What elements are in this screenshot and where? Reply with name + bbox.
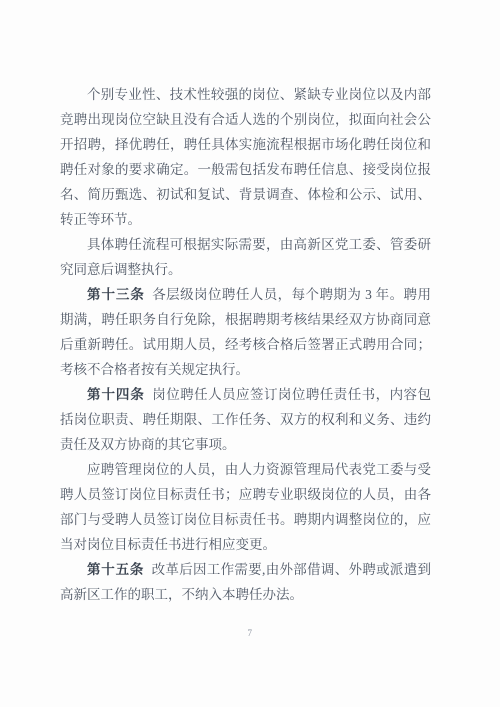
- paragraph: 应聘管理岗位的人员，由人力资源管理局代表党工委与受 聘人员签订岗位目标责任书；应…: [60, 457, 431, 557]
- document-body: 个别专业性、技术性较强的岗位、紧缺专业岗位以及内部 竞聘出现岗位空缺且没有合适人…: [60, 82, 431, 607]
- article-number: 第十四条: [87, 387, 145, 402]
- text-line: 究同意后调整执行。: [60, 257, 431, 282]
- text-line: 责任及双方协商的其它事项。: [60, 432, 431, 457]
- text-line: 高新区工作的职工，不纳入本聘任办法。: [60, 582, 431, 607]
- text-line: 名、简历甄选、初试和复试、背景调查、体检和公示、试用、: [60, 182, 431, 207]
- page-number: 7: [0, 628, 500, 638]
- text-line: 转正等环节。: [60, 207, 431, 232]
- text-line: 第十四条岗位聘任人员应签订岗位聘任责任书，内容包: [60, 382, 431, 407]
- text-line: 开招聘，择优聘任，聘任具体实施流程根据市场化聘任岗位和: [60, 132, 431, 157]
- paragraph-article-15: 第十五条改革后因工作需要,由外部借调、外聘或派遣到 高新区工作的职工，不纳入本聘…: [60, 557, 431, 607]
- paragraph: 个别专业性、技术性较强的岗位、紧缺专业岗位以及内部 竞聘出现岗位空缺且没有合适人…: [60, 82, 431, 232]
- text-line: 个别专业性、技术性较强的岗位、紧缺专业岗位以及内部: [60, 82, 431, 107]
- text-line: 括岗位职责、聘任期限、工作任务、双方的权利和义务、违约: [60, 407, 431, 432]
- article-number: 第十三条: [87, 287, 145, 302]
- text-line: 聘人员签订岗位目标责任书；应聘专业职级岗位的人员，由各: [60, 482, 431, 507]
- paragraph: 具体聘任流程可根据实际需要，由高新区党工委、管委研 究同意后调整执行。: [60, 232, 431, 282]
- article-text: 各层级岗位聘任人员，每个聘期为 3 年。聘用: [152, 287, 431, 302]
- document-page: 个别专业性、技术性较强的岗位、紧缺专业岗位以及内部 竞聘出现岗位空缺且没有合适人…: [0, 0, 500, 707]
- text-line: 期满，聘任职务自行免除，根据聘期考核结果经双方协商同意: [60, 307, 431, 332]
- paragraph-article-13: 第十三条各层级岗位聘任人员，每个聘期为 3 年。聘用 期满，聘任职务自行免除，根…: [60, 282, 431, 382]
- article-text: 岗位聘任人员应签订岗位聘任责任书，内容包: [152, 387, 431, 402]
- article-number: 第十五条: [87, 562, 144, 577]
- text-line: 聘任对象的要求确定。一般需包括发布聘任信息、接受岗位报: [60, 157, 431, 182]
- text-line: 竞聘出现岗位空缺且没有合适人选的个别岗位，拟面向社会公: [60, 107, 431, 132]
- text-line: 应聘管理岗位的人员，由人力资源管理局代表党工委与受: [60, 457, 431, 482]
- text-line: 第十三条各层级岗位聘任人员，每个聘期为 3 年。聘用: [60, 282, 431, 307]
- text-line: 后重新聘任。试用期人员，经考核合格后签署正式聘用合同；: [60, 332, 431, 357]
- text-line: 当对岗位目标责任书进行相应变更。: [60, 532, 431, 557]
- text-line: 第十五条改革后因工作需要,由外部借调、外聘或派遣到: [60, 557, 431, 582]
- text-line: 部门与受聘人员签订岗位目标责任书。聘期内调整岗位的，应: [60, 507, 431, 532]
- article-text: 改革后因工作需要,由外部借调、外聘或派遣到: [152, 562, 431, 577]
- text-line: 考核不合格者按有关规定执行。: [60, 357, 431, 382]
- paragraph-article-14: 第十四条岗位聘任人员应签订岗位聘任责任书，内容包 括岗位职责、聘任期限、工作任务…: [60, 382, 431, 457]
- text-line: 具体聘任流程可根据实际需要，由高新区党工委、管委研: [60, 232, 431, 257]
